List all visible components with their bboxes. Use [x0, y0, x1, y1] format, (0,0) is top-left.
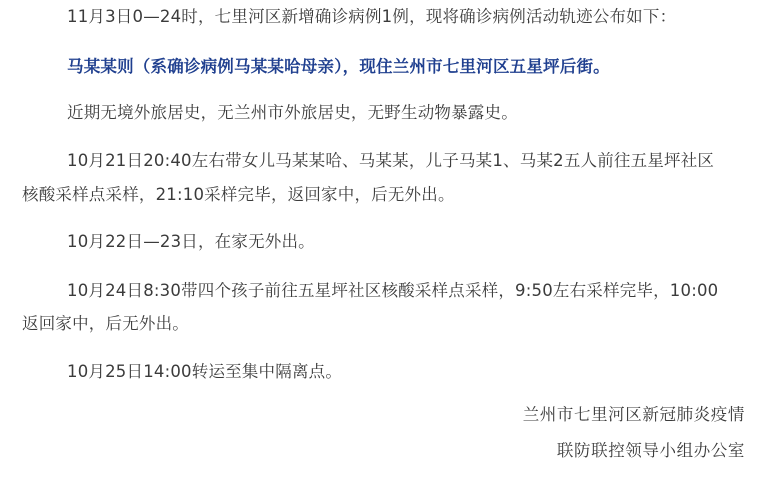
oct25-paragraph: 10月25日14:00转运至集中隔离点。 [67, 361, 342, 383]
oct24-paragraph-line2: 返回家中，后无外出。 [22, 313, 189, 335]
travel-history-paragraph: 近期无境外旅居史，无兰州市外旅居史，无野生动物暴露史。 [67, 102, 518, 124]
signature-line1: 兰州市七里河区新冠肺炎疫情 [523, 404, 745, 426]
oct22-23-paragraph: 10月22日—23日，在家无外出。 [67, 231, 315, 253]
oct24-paragraph-line1: 10月24日8:30带四个孩子前往五星坪社区核酸采样点采样，9:50左右采样完毕… [67, 280, 718, 302]
announcement-document: 11月3日0—24时，七里河区新增确诊病例1例，现将确诊病例活动轨迹公布如下： … [0, 0, 773, 500]
signature-line2: 联防联控领导小组办公室 [557, 440, 745, 462]
oct21-paragraph-line2: 核酸采样点采样，21:10采样完毕，返回家中，后无外出。 [22, 184, 455, 206]
intro-paragraph: 11月3日0—24时，七里河区新增确诊病例1例，现将确诊病例活动轨迹公布如下： [67, 6, 676, 28]
case-info-paragraph: 马某某则（系确诊病例马某某哈母亲），现住兰州市七里河区五星坪后街。 [67, 56, 610, 78]
oct21-paragraph-line1: 10月21日20:40左右带女儿马某某哈、马某某，儿子马某1、马某2五人前往五星… [67, 150, 714, 172]
